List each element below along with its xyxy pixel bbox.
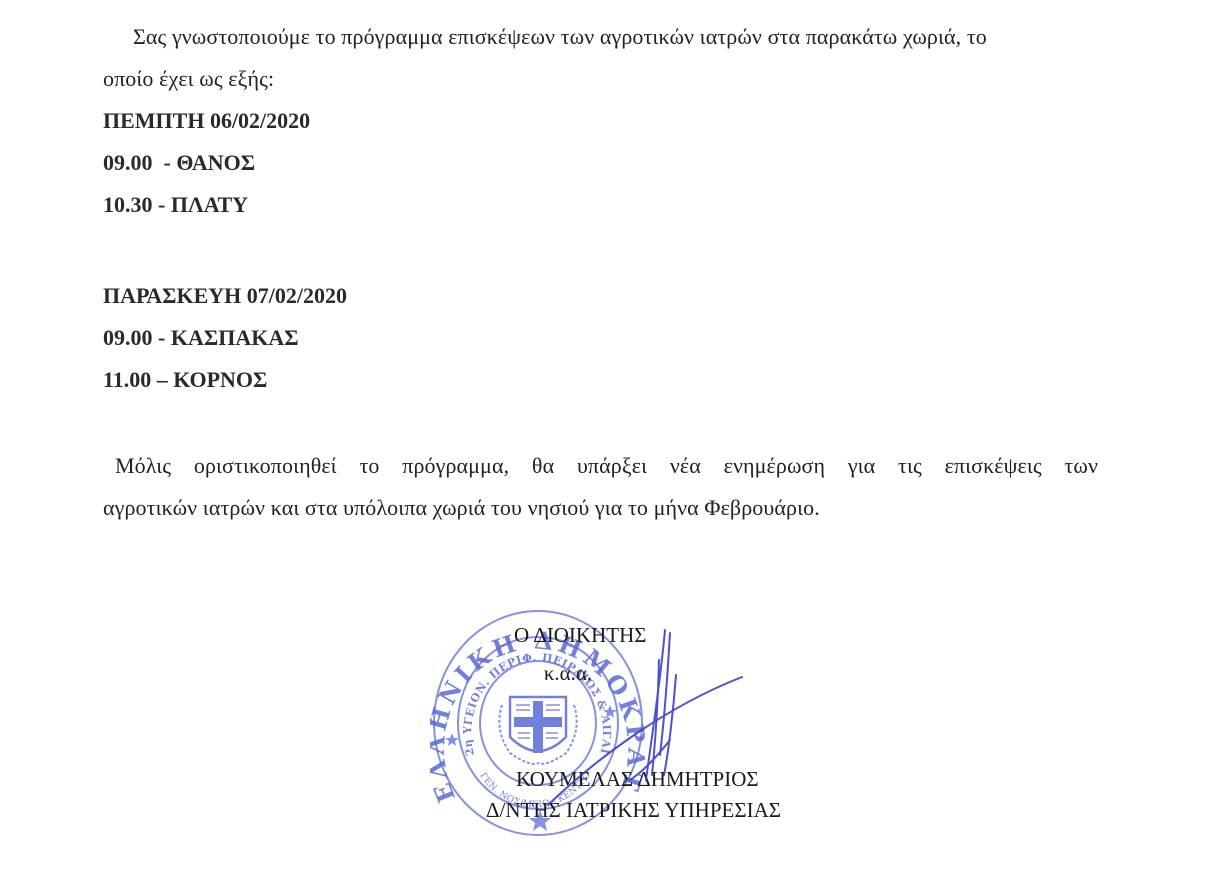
intro-paragraph: Σας γνωστοποιούμε το πρόγραμμα επισκέψεω… bbox=[103, 16, 1093, 100]
schedule-visit: 09.00 - ΘΑΝΟΣ bbox=[103, 142, 310, 184]
schedule-visit: 09.00 - ΚΑΣΠΑΚΑΣ bbox=[103, 317, 347, 359]
signature-title: Ο ΔΙΟΙΚΗΤΗΣ bbox=[514, 623, 646, 648]
schedule-day-friday: ΠΑΡΑΣΚΕΥΗ 07/02/2020 09.00 - ΚΑΣΠΑΚΑΣ 11… bbox=[103, 275, 347, 401]
signature-on-behalf: κ.α.α. bbox=[508, 661, 628, 686]
intro-line-1: Σας γνωστοποιούμε το πρόγραμμα επισκέψεω… bbox=[103, 16, 1093, 58]
signature-block: ΕΛΛΗΝΙΚΗ ΔΗΜΟΚΡΑΤΙΑ 2η ΥΓΕΙΟΝ. ΠΕΡΙΦ. ΠΕ… bbox=[430, 605, 860, 855]
signature-role: Δ/ΝΤΗΣ ΙΑΤΡΙΚΗΣ ΥΠΗΡΕΣΙΑΣ bbox=[486, 798, 781, 823]
schedule-visit: 11.00 – ΚΟΡΝΟΣ bbox=[103, 359, 347, 401]
closing-line-2: αγροτικών ιατρών και στα υπόλοιπα χωριά … bbox=[103, 487, 1098, 529]
schedule-day-heading: ΠΑΡΑΣΚΕΥΗ 07/02/2020 bbox=[103, 275, 347, 317]
signature-name: ΚΟΥΜΕΛΑΣ ΔΗΜΗΤΡΙΟΣ bbox=[516, 767, 759, 792]
schedule-day-thursday: ΠΕΜΠΤΗ 06/02/2020 09.00 - ΘΑΝΟΣ 10.30 - … bbox=[103, 100, 310, 226]
document-page: Σας γνωστοποιούμε το πρόγραμμα επισκέψεω… bbox=[0, 0, 1215, 878]
closing-line-1: Μόλις οριστικοποιηθεί το πρόγραμμα, θα υ… bbox=[103, 445, 1098, 487]
schedule-day-heading: ΠΕΜΠΤΗ 06/02/2020 bbox=[103, 100, 310, 142]
schedule-visit: 10.30 - ΠΛΑΤΥ bbox=[103, 184, 310, 226]
closing-paragraph: Μόλις οριστικοποιηθεί το πρόγραμμα, θα υ… bbox=[103, 445, 1098, 529]
intro-line-2: οποίο έχει ως εξής: bbox=[103, 58, 1093, 100]
